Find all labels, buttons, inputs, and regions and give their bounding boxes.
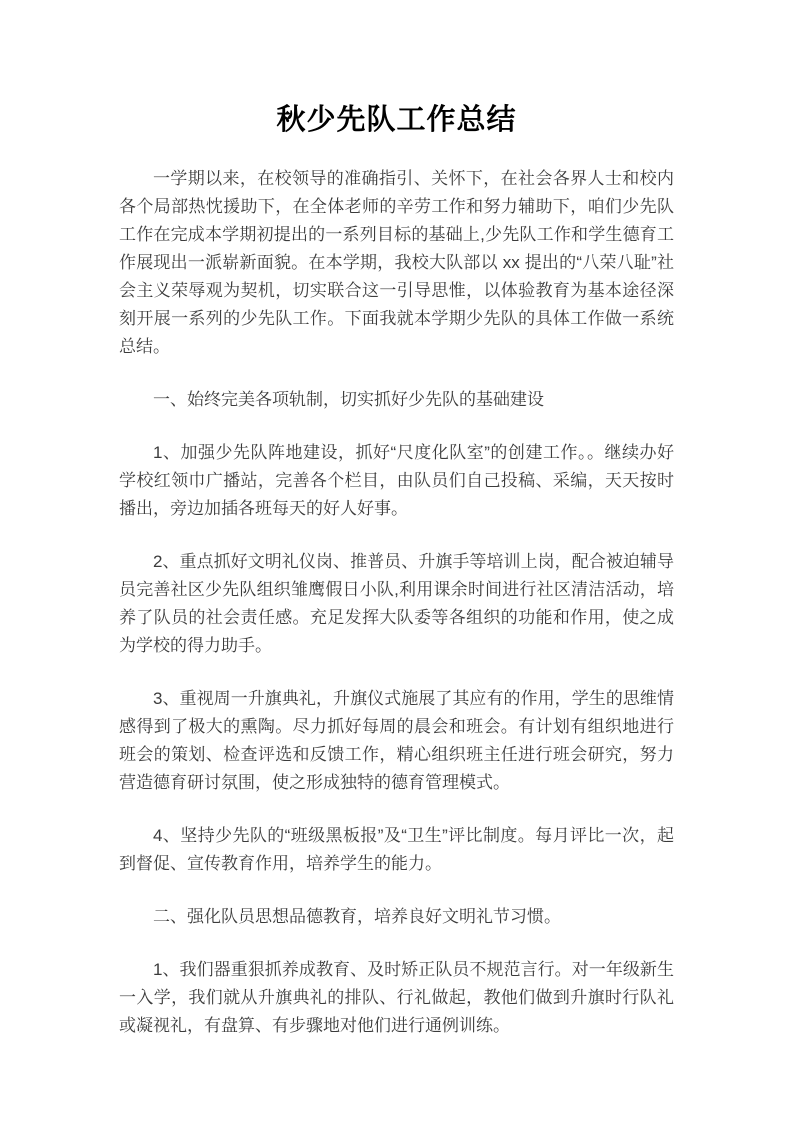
- section-heading-2: 二、强化队员思想品德教育，培养良好文明礼节习惯。: [119, 903, 674, 931]
- section1-item-1: 1、加强少先队阵地建设，抓好“尺度化队室”的创建工作。。继续办好学校红领巾广播站…: [119, 439, 674, 523]
- section-heading-1: 一、始终完美各项轨制，切实抓好少先队的基础建设: [119, 386, 674, 414]
- document-page: 秋少先队工作总结 一学期以来，在校领导的准确指引、关怀下，在社会各界人士和校内各…: [0, 0, 793, 1122]
- document-title: 秋少先队工作总结: [119, 100, 674, 140]
- intro-paragraph: 一学期以来，在校领导的准确指引、关怀下，在社会各界人士和校内各个局部热忱援助下，…: [119, 165, 674, 361]
- section1-item-2: 2、重点抓好文明礼仪岗、推普员、升旗手等培训上岗，配合被迫辅导员完善社区少先队组…: [119, 548, 674, 660]
- section1-item-3: 3、重视周一升旗典礼，升旗仪式施展了其应有的作用，学生的思维情感得到了极大的熏陶…: [119, 685, 674, 797]
- section2-item-1: 1、我们器重狠抓养成教育、及时矫正队员不规范言行。对一年级新生一入学，我们就从升…: [119, 956, 674, 1040]
- section1-item-4: 4、坚持少先队的“班级黑板报”及“卫生”评比制度。每月评比一次，起到督促、宣传教…: [119, 822, 674, 878]
